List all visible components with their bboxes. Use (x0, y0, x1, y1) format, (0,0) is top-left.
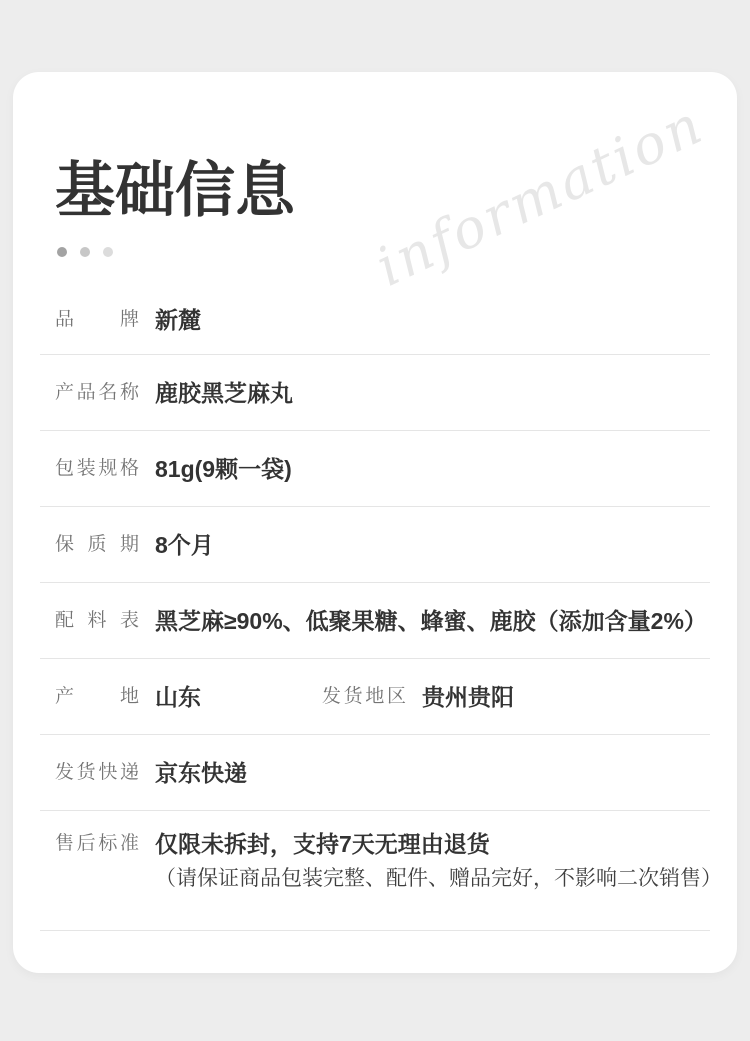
row-value: 黑芝麻≥90%、低聚果糖、蜂蜜、鹿胶（添加含量2%） (155, 606, 707, 636)
row-value: 山东 (155, 682, 322, 712)
table-row-after-sales: 售后标准 仅限未拆封，支持7天无理由退货 （请保证商品包装完整、配件、赠品完好，… (40, 811, 710, 931)
page-title: 基础信息 (55, 156, 737, 225)
row-value-block: 仅限未拆封，支持7天无理由退货 （请保证商品包装完整、配件、赠品完好，不影响二次… (155, 829, 722, 894)
row-value: 新麓 (155, 305, 201, 335)
carousel-dots (57, 247, 737, 257)
row-value: 8个月 (155, 530, 214, 560)
row-label: 产地 (55, 684, 139, 710)
row-value-note: （请保证商品包装完整、配件、赠品完好，不影响二次销售） (155, 864, 722, 894)
row-label: 保质期 (55, 532, 139, 558)
row-label: 包装规格 (55, 456, 139, 482)
table-row-package-spec: 包装规格 81g(9颗一袋) (40, 431, 710, 507)
row-label: 品牌 (55, 307, 139, 333)
table-row-courier: 发货快递 京东快递 (40, 735, 710, 811)
row-value: 81g(9颗一袋) (155, 454, 292, 484)
row-value-secondary: 贵州贵阳 (422, 682, 514, 712)
table-row-brand: 品牌 新麓 (40, 285, 710, 355)
table-row-product-name: 产品名称 鹿胶黑芝麻丸 (40, 355, 710, 431)
carousel-dot-active (57, 247, 67, 257)
row-label: 配料表 (55, 608, 139, 634)
row-label: 发货快递 (55, 760, 139, 786)
carousel-dot (103, 247, 113, 257)
table-row-ingredients: 配料表 黑芝麻≥90%、低聚果糖、蜂蜜、鹿胶（添加含量2%） (40, 583, 710, 659)
row-value: 京东快递 (155, 758, 247, 788)
row-value: 仅限未拆封，支持7天无理由退货 (155, 829, 722, 859)
row-label: 产品名称 (55, 380, 139, 406)
info-table: 品牌 新麓 产品名称 鹿胶黑芝麻丸 包装规格 81g(9颗一袋) 保质期 8个月… (40, 285, 710, 931)
carousel-dot (80, 247, 90, 257)
row-label-secondary: 发货地区 (322, 684, 406, 710)
row-label: 售后标准 (55, 831, 139, 857)
product-info-card: information 基础信息 品牌 新麓 产品名称 鹿胶黑芝麻丸 包装规格 … (13, 72, 737, 973)
table-row-shelf-life: 保质期 8个月 (40, 507, 710, 583)
row-value: 鹿胶黑芝麻丸 (155, 378, 293, 408)
table-row-origin: 产地 山东 发货地区 贵州贵阳 (40, 659, 710, 735)
